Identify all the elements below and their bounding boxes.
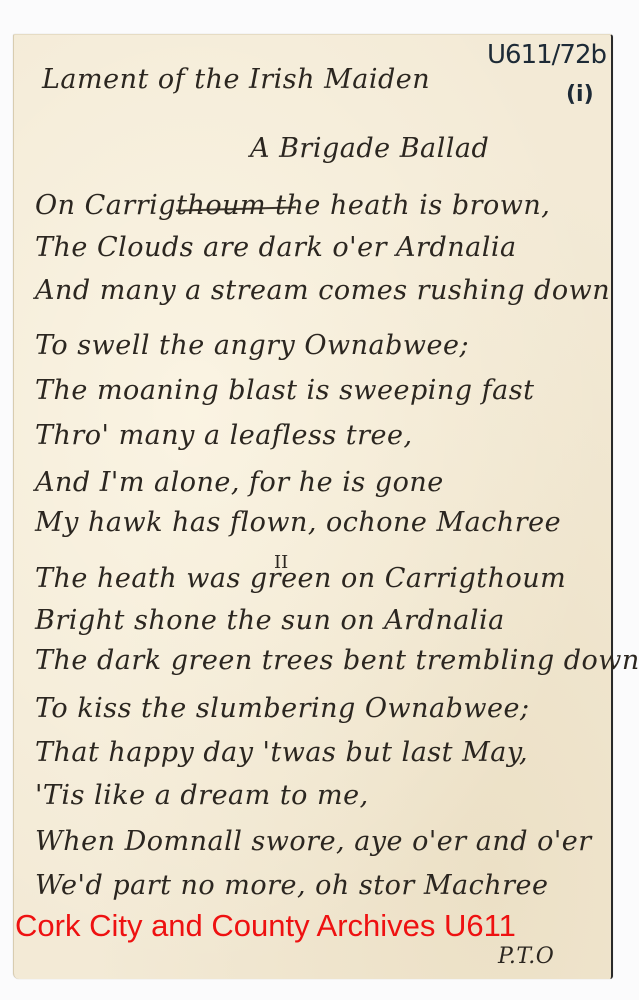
stanza-1-line-3: And many a stream comes rushing down (35, 275, 610, 306)
stanza-2-line-8: We'd part no more, oh stor Machree (35, 870, 548, 901)
stanza-1-line-7: And I'm alone, for he is gone (35, 467, 444, 498)
poem-subtitle: A Brigade Ballad (250, 133, 489, 164)
stanza-1-line-4: To swell the angry Ownabwee; (35, 330, 469, 361)
stanza-2-line-4: To kiss the slumbering Ownabwee; (35, 693, 530, 724)
stanza-2-line-7: When Domnall swore, aye o'er and o'er (35, 826, 592, 857)
stanza-2-line-6: 'Tis like a dream to me, (35, 780, 369, 811)
stanza-2-line-5: That happy day 'twas but last May, (35, 737, 528, 768)
stanza-1-line-6: Thro' many a leafless tree, (35, 420, 413, 451)
stanza-2-line-2: Bright shone the sun on Ardnalia (35, 605, 505, 636)
please-turn-over-note: P.T.O (498, 944, 554, 969)
stanza-1-line-2: The Clouds are dark o'er Ardnalia (35, 232, 517, 263)
stanza-2-line-3: The dark green trees bent trembling down (35, 645, 639, 676)
stanza-1-line-1: On Carrigthoum the heath is brown, (35, 190, 550, 221)
poem-title: Lament of the Irish Maiden (42, 64, 430, 95)
archive-reference-number: U611/72b (487, 40, 606, 70)
archive-watermark: Cork City and County Archives U611 (15, 908, 516, 944)
stanza-1-line-8: My hawk has flown, ochone Machree (35, 507, 561, 538)
stanza-2-line-1: The heath was green on Carrigthoum (35, 563, 566, 594)
archive-reference-sub: (i) (566, 82, 594, 107)
stanza-1-line-5: The moaning blast is sweeping fast (35, 375, 534, 406)
